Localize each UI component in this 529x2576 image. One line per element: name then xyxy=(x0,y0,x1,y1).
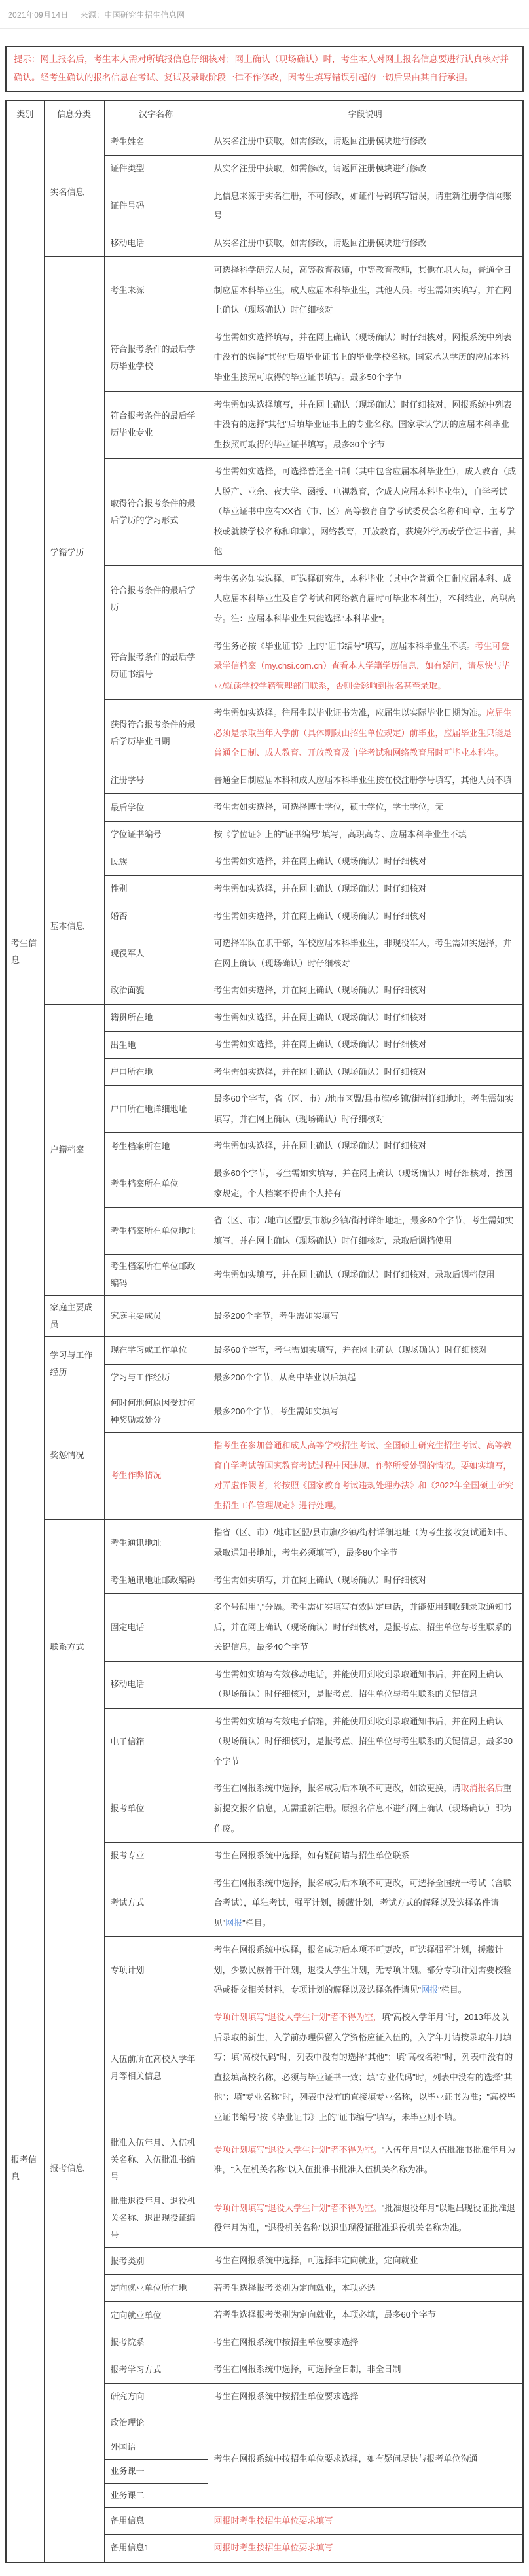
desc-segment: 最多200个字节，考生需如实填写 xyxy=(214,1311,339,1321)
desc-segment: 取消报名后 xyxy=(461,1783,503,1793)
table-row: 基本信息民族考生需如实选择，并在网上确认（现场确认）时仔细核对 xyxy=(6,848,523,876)
desc-segment: 指考生在参加普通和成人高等学校招生考试、全国硕士研究生招生考试、高等教育自学考试… xyxy=(214,1440,514,1510)
field-desc-cell: 可选择科学研究人员，高等教育教师，中等教育教师，其他在职人员，普通全日制应届本科… xyxy=(208,257,523,324)
desc-segment: 按《学位证》上的"证书编号"填写，高职高专、应届本科毕业生不填 xyxy=(214,829,467,839)
group-cell: 学籍学历 xyxy=(44,257,104,848)
desc-segment: 最多200个字节，考生需如实填写 xyxy=(214,1406,339,1416)
group-cell: 奖惩情况 xyxy=(44,1391,104,1520)
desc-segment: 填"高校入学年月"时，2013年及以后录取的新生，入学前办理保留入学资格应征入伍… xyxy=(214,2012,515,2122)
field-desc-cell: 最多200个字节，考生需如实填写 xyxy=(208,1391,523,1433)
desc-segment: 考生在网报系统中选择，可选择非定向就业，定向就业 xyxy=(214,2255,418,2265)
header-field-desc: 字段说明 xyxy=(208,101,523,128)
table-row: 考生信息实名信息考生姓名从实名注册中获取，如需修改，请返回注册模块进行修改 xyxy=(6,128,523,156)
field-desc-cell: 考生需如实选择，并在网上确认（现场确认）时仔细核对 xyxy=(208,1058,523,1086)
field-name-cell: 最后学位 xyxy=(104,794,208,822)
field-desc-cell: 考生需如实选择，并在网上确认（现场确认）时仔细核对 xyxy=(208,1032,523,1059)
desc-segment: 专项计划填写"退役大学生计划"者不得为空。 xyxy=(214,2145,382,2155)
desc-segment: 可选择军队在职干部，军校应届本科毕业生，非现役军人，考生需如实选择，并在网上确认… xyxy=(214,938,512,968)
field-desc-cell: 考生在网报系统中选择，可选择全日制，非全日制 xyxy=(208,2356,523,2384)
field-name-cell: 注册学号 xyxy=(104,767,208,794)
group-cell: 户籍档案 xyxy=(44,1004,104,1295)
field-desc-cell: 省（区、市）/地市区盟/县市旗/乡镇/街村详细地址，最多80个字节，考生需如实填… xyxy=(208,1208,523,1255)
field-desc-cell: 可选择军队在职干部，军校应届本科毕业生，非现役军人，考生需如实选择，并在网上确认… xyxy=(208,930,523,977)
field-name-cell: 籍贯所在地 xyxy=(104,1004,208,1032)
source-label: 来源： xyxy=(80,10,104,20)
desc-segment: 考生在网报系统中按招生单位要求选择，如有疑问尽快与报考单位沟通 xyxy=(214,2454,478,2463)
field-name-cell: 考生档案所在单位地址 xyxy=(104,1208,208,1255)
group-cell: 报考信息 xyxy=(44,1775,104,2562)
fields-table: 类别 信息分类 汉字名称 字段说明 考生信息实名信息考生姓名从实名注册中获取，如… xyxy=(5,100,524,2563)
field-desc-cell: 考生在网报系统中选择，报名成功后本项不可更改，可选择全国统一考试（含联合考试），… xyxy=(208,1870,523,1937)
field-name-cell: 考生来源 xyxy=(104,257,208,324)
field-desc-cell: 考生需如实选择，并在网上确认（现场确认）时仔细核对 xyxy=(208,977,523,1005)
field-desc-cell: 考生需如实填写，并在网上确认（现场确认）时仔细核对 xyxy=(208,1567,523,1594)
field-desc-cell: 最多60个字节，考生需如实填写，并在网上确认（现场确认）时仔细核对 xyxy=(208,1337,523,1365)
field-name-cell: 获得符合报考条件的最后学历毕业日期 xyxy=(104,700,208,767)
table-row: 家庭主要成员家庭主要成员最多200个字节，考生需如实填写 xyxy=(6,1296,523,1337)
field-name-cell: 户口所在地 xyxy=(104,1058,208,1086)
group-cell: 学习与工作经历 xyxy=(44,1337,104,1391)
field-desc-cell: 考生需如实选择填写，并在网上确认（现场确认）时仔细核对，网报系统中列表中没有的选… xyxy=(208,324,523,391)
field-desc-cell: 考生需如实填写有效移动电话，并能使用到收到录取通知书后，并在网上确认（现场确认）… xyxy=(208,1661,523,1708)
wangbao-link[interactable]: 网报 xyxy=(421,1985,438,1994)
field-desc-cell: 考生需如实选择，可选择博士学位，硕士学位，学士学位，无 xyxy=(208,794,523,822)
desc-segment: 网报时考生按招生单位要求填写 xyxy=(214,2516,333,2526)
field-name-cell: 现在学习或工作单位 xyxy=(104,1337,208,1365)
field-desc-cell: 考生在网报系统中按招生单位要求选择，如有疑问尽快与报考单位沟通 xyxy=(208,2411,523,2507)
group-cell: 基本信息 xyxy=(44,848,104,1004)
field-desc-cell: 考生需如实选择。往届生以毕业证书为准，应届生以实际毕业日期为准。应届生必须是录取… xyxy=(208,700,523,767)
field-name-cell: 考生档案所在单位邮政编码 xyxy=(104,1255,208,1296)
field-desc-cell: 考生在网报系统中选择，如有疑问请与招生单位联系 xyxy=(208,1843,523,1870)
desc-segment: 考生需如实填写有效移动电话，并能使用到收到录取通知书后，并在网上确认（现场确认）… xyxy=(214,1669,503,1699)
field-name-cell: 报考类别 xyxy=(104,2248,208,2275)
field-name-cell: 家庭主要成员 xyxy=(104,1296,208,1337)
field-name-cell: 考生档案所在地 xyxy=(104,1133,208,1160)
field-desc-cell: 考生需如实选择填写，并在网上确认（现场确认）时仔细核对，网报系统中列表中没有的选… xyxy=(208,391,523,459)
source-name: 中国研究生招生信息网 xyxy=(104,10,185,20)
field-name-cell: 批准入伍年月、入伍机关名称、入伍批准书编号 xyxy=(104,2131,208,2189)
field-desc-cell: 考生需如实选择，并在网上确认（现场确认）时仔细核对 xyxy=(208,875,523,903)
field-name-cell: 报考院系 xyxy=(104,2329,208,2356)
field-desc-cell: 若考生选择报考类别为定向就业，本项必填，最多60个字节 xyxy=(208,2302,523,2329)
field-desc-cell: 考生务必如实选择，可选择研究生，本科毕业（其中含普通全日制应届本科、成人应届本科… xyxy=(208,565,523,633)
field-name-cell: 符合报考条件的最后学历毕业专业 xyxy=(104,391,208,459)
field-name-cell: 现役军人 xyxy=(104,930,208,977)
table-row: 学习与工作经历现在学习或工作单位最多60个字节，考生需如实填写，并在网上确认（现… xyxy=(6,1337,523,1365)
desc-segment: 考生需如实选择，并在网上确认（现场确认）时仔细核对 xyxy=(214,884,427,894)
field-name-cell: 报考专业 xyxy=(104,1843,208,1870)
field-desc-cell: 考生在网报系统中按招生单位要求选择 xyxy=(208,2329,523,2356)
group-cell: 家庭主要成员 xyxy=(44,1296,104,1337)
tip-box: 提示：网上报名后，考生本人需对所填报信息仔细核对；网上确认（现场确认）时，考生本… xyxy=(5,46,524,92)
desc-segment: 考生需如实选择填写，并在网上确认（现场确认）时仔细核对，网报系统中列表中没有的选… xyxy=(214,332,512,382)
field-desc-cell: 从实名注册中获取，如需修改，请返回注册模块进行修改 xyxy=(208,156,523,183)
desc-segment: 考生在网报系统中按招生单位要求选择 xyxy=(214,2337,359,2347)
field-name-cell: 何时何地何原因受过何种奖励或处分 xyxy=(104,1391,208,1433)
field-name-cell: 报考学习方式 xyxy=(104,2356,208,2384)
field-desc-cell: 从实名注册中获取，如需修改，请返回注册模块进行修改 xyxy=(208,230,523,257)
desc-segment: 从实名注册中获取，如需修改，请返回注册模块进行修改 xyxy=(214,238,427,248)
desc-segment: 专项计划填写"退役大学生计划"者不得为空。 xyxy=(214,2203,382,2213)
field-name-cell: 移动电话 xyxy=(104,1661,208,1708)
desc-segment: 考生需如实选择，并在网上确认（现场确认）时仔细核对 xyxy=(214,1013,427,1022)
field-desc-cell: 专项计划填写"退役大学生计划"者不得为空。"入伍年月"以入伍批准书批准年月为准，… xyxy=(208,2131,523,2189)
desc-segment: 考生需如实选择填写，并在网上确认（现场确认）时仔细核对，网报系统中列表中没有的选… xyxy=(214,400,512,449)
field-name-cell: 移动电话 xyxy=(104,230,208,257)
field-name-cell: 性别 xyxy=(104,875,208,903)
field-name-cell: 符合报考条件的最后学历毕业学校 xyxy=(104,324,208,391)
desc-segment: 网报时考生按招生单位要求填写 xyxy=(214,2543,333,2552)
field-name-cell: 符合报考条件的最后学历证书编号 xyxy=(104,633,208,700)
category-cell: 报考信息 xyxy=(6,1775,44,2562)
desc-segment: 指省（区、市）/地市区盟/县市旗/乡镇/街村详细地址（为考生接收复试通知书、录取… xyxy=(214,1527,513,1558)
header-category: 类别 xyxy=(6,101,44,128)
divider xyxy=(0,28,529,29)
category-cell: 考生信息 xyxy=(6,128,44,1775)
desc-segment: 考生需如实选择，并在网上确认（现场确认）时仔细核对 xyxy=(214,911,427,921)
desc-segment: 考生需如实填写有效电子信箱，并能使用到收到录取通知书后，并在网上确认（现场确认）… xyxy=(214,1716,513,1766)
field-desc-cell: 多个号码用","分隔。考生需如实填写有效固定电话，并能使用到收到录取通知书后，并… xyxy=(208,1594,523,1662)
field-name-cell: 考生通讯地址邮政编码 xyxy=(104,1567,208,1594)
field-desc-cell: 考生需如实选择，并在网上确认（现场确认）时仔细核对 xyxy=(208,903,523,930)
field-name-cell: 学位证书编号 xyxy=(104,821,208,848)
desc-segment: 普通全日制应届本科和成人应届本科毕业生按在校注册学号填写，其他人员不填 xyxy=(214,775,512,785)
desc-segment: 考生在网报系统中选择，报名成功后本项不可更改，可选择强军计划，援藏计划，少数民族… xyxy=(214,1945,512,1994)
publish-date: 2021年09月14日 xyxy=(8,10,69,20)
desc-segment: 最多60个字节，考生需如实填写，并在网上确认（现场确认）时仔细核对，按国家规定，… xyxy=(214,1168,513,1198)
field-desc-cell: 从实名注册中获取，如需修改，请返回注册模块进行修改 xyxy=(208,128,523,156)
group-cell: 联系方式 xyxy=(44,1520,104,1775)
field-name-cell: 考生姓名 xyxy=(104,128,208,156)
field-name-cell: 出生地 xyxy=(104,1032,208,1059)
field-desc-cell: 指省（区、市）/地市区盟/县市旗/乡镇/街村详细地址（为考生接收复试通知书、录取… xyxy=(208,1520,523,1567)
field-name-cell: 定向就业单位所在地 xyxy=(104,2274,208,2302)
desc-segment: 最多60个字节，省（区、市）/地市区盟/县市旗/乡镇/街村详细地址，考生需如实填… xyxy=(214,1094,514,1124)
group-cell: 实名信息 xyxy=(44,128,104,257)
field-desc-cell: 考生在网报系统中选择，报名成功后本项不可更改，可选择强军计划，援藏计划，少数民族… xyxy=(208,1937,523,2004)
field-desc-cell: 普通全日制应届本科和成人应届本科毕业生按在校注册学号填写，其他人员不填 xyxy=(208,767,523,794)
desc-segment: 省（区、市）/地市区盟/县市旗/乡镇/街村详细地址，最多80个字节，考生需如实填… xyxy=(214,1215,514,1245)
field-name-cell: 专项计划 xyxy=(104,1937,208,2004)
desc-segment: 专项计划填写"退役大学生计划"者不得为空， xyxy=(214,2012,382,2022)
field-desc-cell: 最多200个字节，从高中毕业以后填起 xyxy=(208,1364,523,1391)
desc-segment: 考生需如实选择，并在网上确认（现场确认）时仔细核对 xyxy=(214,856,427,866)
field-name-cell: 考试方式 xyxy=(104,1870,208,1937)
field-name-cell: 政治面貌 xyxy=(104,977,208,1005)
field-name-cell: 研究方向 xyxy=(104,2383,208,2411)
desc-segment: 多个号码用","分隔。考生需如实填写有效固定电话，并能使用到收到录取通知书后，并… xyxy=(214,1602,512,1652)
field-desc-cell: 专项计划填写"退役大学生计划"者不得为空。"批准退役年月"以退出现役证批准退役年… xyxy=(208,2189,523,2248)
field-name-cell: 政治理论 xyxy=(104,2411,208,2435)
desc-segment: 考生需如实选择，可选择普通全日制（其中包含应届本科毕业生），成人教育（成人脱产、… xyxy=(214,466,517,556)
field-desc-cell: 考生在网报系统中选择，报名成功后本项不可更改，如欲更换，请取消报名后重新提交报名… xyxy=(208,1775,523,1843)
header-field-name: 汉字名称 xyxy=(104,101,208,128)
field-desc-cell: 考生在网报系统中按招生单位要求选择 xyxy=(208,2383,523,2411)
field-name-cell: 备用信息 xyxy=(104,2507,208,2535)
desc-segment: 若考生选择报考类别为定向就业，本项必填，最多60个字节 xyxy=(214,2310,436,2320)
header-info-class: 信息分类 xyxy=(44,101,104,128)
field-desc-cell: 考生需如实选择，并在网上确认（现场确认）时仔细核对 xyxy=(208,1004,523,1032)
field-desc-cell: 考生务必按《毕业证书》上的"证书编号"填写，应届本科毕业生不填。考生可登录学信档… xyxy=(208,633,523,700)
field-name-cell: 电子信箱 xyxy=(104,1708,208,1775)
desc-segment: "栏目。 xyxy=(438,1985,467,1994)
desc-segment: 考生在网报系统中选择，如有疑问请与招生单位联系 xyxy=(214,1851,410,1860)
desc-segment: 从实名注册中获取，如需修改，请返回注册模块进行修改 xyxy=(214,164,427,173)
field-desc-cell: 最多60个字节，考生需如实填写，并在网上确认（现场确认）时仔细核对，按国家规定，… xyxy=(208,1160,523,1208)
field-desc-cell: 网报时考生按招生单位要求填写 xyxy=(208,2507,523,2535)
table-row: 户籍档案籍贯所在地考生需如实选择，并在网上确认（现场确认）时仔细核对 xyxy=(6,1004,523,1032)
desc-segment: 若考生选择报考类别为定向就业，本项必选 xyxy=(214,2283,376,2293)
field-desc-cell: 按《学位证》上的"证书编号"填写，高职高专、应届本科毕业生不填 xyxy=(208,821,523,848)
table-row: 学籍学历考生来源可选择科学研究人员，高等教育教师，中等教育教师，其他在职人员，普… xyxy=(6,257,523,324)
field-desc-cell: 网报时考生按招生单位要求填写 xyxy=(208,2535,523,2562)
field-name-cell: 批准退役年月、退役机关名称、退出现役证编号 xyxy=(104,2189,208,2248)
field-desc-cell: 考生需如实填写，并在网上确认（现场确认）时仔细核对，录取后调档使用 xyxy=(208,1255,523,1296)
field-desc-cell: 指考生在参加普通和成人高等学校招生考试、全国硕士研究生招生考试、高等教育自学考试… xyxy=(208,1433,523,1520)
desc-segment: 考生在网报系统中选择，可选择全日制，非全日制 xyxy=(214,2364,401,2374)
desc-segment: 考生需如实选择，可选择博士学位，硕士学位，学士学位，无 xyxy=(214,802,444,812)
field-desc-cell: 最多60个字节，省（区、市）/地市区盟/县市旗/乡镇/街村详细地址，考生需如实填… xyxy=(208,1086,523,1133)
desc-segment: 考生务必如实选择，可选择研究生，本科毕业（其中含普通全日制应届本科、成人应届本科… xyxy=(214,574,517,623)
field-name-cell: 入伍前所在高校入学年月等相关信息 xyxy=(104,2004,208,2131)
field-desc-cell: 若考生选择报考类别为定向就业，本项必选 xyxy=(208,2274,523,2302)
desc-segment: 考生需如实选择，并在网上确认（现场确认）时仔细核对 xyxy=(214,1039,427,1049)
desc-segment: 考生需如实选择。往届生以毕业证书为准，应届生以实际毕业日期为准。 xyxy=(214,708,486,718)
desc-segment: 考生务必按《毕业证书》上的"证书编号"填写，应届本科毕业生不填。 xyxy=(214,641,475,651)
desc-segment: 考生需如实选择，并在网上确认（现场确认）时仔细核对 xyxy=(214,985,427,995)
table-row: 报考信息报考信息报考单位考生在网报系统中选择，报名成功后本项不可更改，如欲更换，… xyxy=(6,1775,523,1843)
field-name-cell: 考生通讯地址 xyxy=(104,1520,208,1567)
wangbao-link[interactable]: 网报 xyxy=(225,1918,242,1928)
desc-segment: 从实名注册中获取，如需修改，请返回注册模块进行修改 xyxy=(214,136,427,146)
desc-segment: 考生需如实填写，并在网上确认（现场确认）时仔细核对 xyxy=(214,1575,427,1585)
desc-segment: 考生在网报系统中按招生单位要求选择 xyxy=(214,2392,359,2401)
field-desc-cell: 考生需如实选择，可选择普通全日制（其中包含应届本科毕业生），成人教育（成人脱产、… xyxy=(208,459,523,566)
field-desc-cell: 考生需如实选择，并在网上确认（现场确认）时仔细核对 xyxy=(208,1133,523,1160)
field-name-cell: 业务课一 xyxy=(104,2459,208,2483)
field-desc-cell: 最多200个字节，考生需如实填写 xyxy=(208,1296,523,1337)
table-header-row: 类别 信息分类 汉字名称 字段说明 xyxy=(6,101,523,128)
field-name-cell: 定向就业单位 xyxy=(104,2302,208,2329)
desc-segment: 可选择科学研究人员，高等教育教师，中等教育教师，其他在职人员，普通全日制应届本科… xyxy=(214,265,512,315)
field-name-cell: 备用信息1 xyxy=(104,2535,208,2562)
field-name-cell: 婚否 xyxy=(104,903,208,930)
field-name-cell: 取得符合报考条件的最后学历的学习形式 xyxy=(104,459,208,566)
field-desc-cell: 考生需如实选择，并在网上确认（现场确认）时仔细核对 xyxy=(208,848,523,876)
field-name-cell: 学习与工作经历 xyxy=(104,1364,208,1391)
desc-segment: 最多200个字节，从高中毕业以后填起 xyxy=(214,1372,356,1382)
field-name-cell: 考生作弊情况 xyxy=(104,1433,208,1520)
desc-segment: 最多60个字节，考生需如实填写，并在网上确认（现场确认）时仔细核对 xyxy=(214,1345,487,1355)
field-name-cell: 符合报考条件的最后学历 xyxy=(104,565,208,633)
table-row: 联系方式考生通讯地址指省（区、市）/地市区盟/县市旗/乡镇/街村详细地址（为考生… xyxy=(6,1520,523,1567)
field-name-cell: 证件类型 xyxy=(104,156,208,183)
desc-segment: 此信息来源于实名注册，不可修改，如证件号码填写错误，请重新注册学信网账号 xyxy=(214,191,512,221)
field-name-cell: 户口所在地详细地址 xyxy=(104,1086,208,1133)
article-meta: 2021年09月14日 来源：中国研究生招生信息网 xyxy=(0,0,529,28)
desc-segment: 考生在网报系统中选择，报名成功后本项不可更改，如欲更换，请 xyxy=(214,1783,461,1793)
desc-segment: 考生需如实选择，并在网上确认（现场确认）时仔细核对 xyxy=(214,1141,427,1151)
field-name-cell: 考生档案所在单位 xyxy=(104,1160,208,1208)
field-desc-cell: 专项计划填写"退役大学生计划"者不得为空，填"高校入学年月"时，2013年及以后… xyxy=(208,2004,523,2131)
article-page: 2021年09月14日 来源：中国研究生招生信息网 提示：网上报名后，考生本人需… xyxy=(0,0,529,2563)
field-name-cell: 固定电话 xyxy=(104,1594,208,1662)
field-desc-cell: 考生需如实填写有效电子信箱，并能使用到收到录取通知书后，并在网上确认（现场确认）… xyxy=(208,1708,523,1775)
desc-segment: "栏目。 xyxy=(242,1918,271,1928)
desc-segment: 考生需如实填写，并在网上确认（现场确认）时仔细核对，录取后调档使用 xyxy=(214,1270,495,1279)
table-row: 奖惩情况何时何地何原因受过何种奖励或处分最多200个字节，考生需如实填写 xyxy=(6,1391,523,1433)
field-name-cell: 报考单位 xyxy=(104,1775,208,1843)
field-name-cell: 业务课二 xyxy=(104,2483,208,2507)
desc-segment: 考生需如实选择，并在网上确认（现场确认）时仔细核对 xyxy=(214,1067,427,1077)
field-desc-cell: 考生在网报系统中选择，可选择非定向就业，定向就业 xyxy=(208,2248,523,2275)
field-desc-cell: 此信息来源于实名注册，不可修改，如证件号码填写错误，请重新注册学信网账号 xyxy=(208,183,523,230)
field-name-cell: 民族 xyxy=(104,848,208,876)
field-name-cell: 证件号码 xyxy=(104,183,208,230)
field-name-cell: 外国语 xyxy=(104,2435,208,2459)
